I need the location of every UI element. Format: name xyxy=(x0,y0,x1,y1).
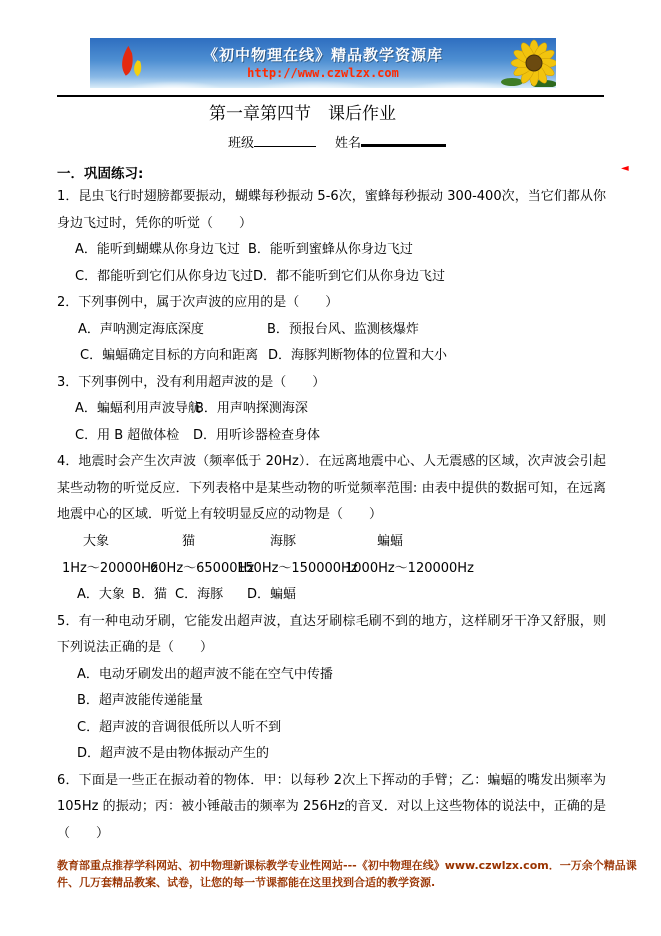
q1-option-c: C．都能听到它们从你身边飞过 xyxy=(75,264,253,291)
q4-option-d: D．蝙蝠 xyxy=(247,582,296,609)
q5-option-a: A．电动牙刷发出的超声波不能在空气中传播 xyxy=(77,662,333,689)
q3-options-row-1: A．蝙蝠利用声波导航 B．用声呐探测海深 xyxy=(57,396,606,423)
q4-range-0: 1Hz～20000Hz xyxy=(62,556,158,583)
class-blank-line xyxy=(254,132,316,147)
q2-option-a: A．声呐测定海底深度 xyxy=(78,317,204,344)
q4-animal-1: 猫 xyxy=(182,529,195,556)
question-4-text: 4．地震时会产生次声波（频率低于 20Hz）．在远离地震中心、人无震感的区域，次… xyxy=(57,449,606,529)
page-title: 第一章第四节 课后作业 xyxy=(0,99,605,124)
question-2-text: 2．下列事例中，属于次声波的应用的是（ ） xyxy=(57,290,606,317)
header-divider xyxy=(57,95,604,97)
q4-range-3: 1000Hz～120000Hz xyxy=(345,556,474,583)
class-label: 班级 xyxy=(228,136,254,151)
q4-option-b: B．猫 xyxy=(132,582,167,609)
q5-option-d: D．超声波不是由物体振动产生的 xyxy=(77,741,269,768)
q1-option-d: D．都不能听到它们从你身边飞过 xyxy=(253,264,445,291)
sunflower-icon xyxy=(498,39,556,88)
question-1-text: 1．昆虫飞行时翅膀都要振动，蝴蝶每秒振动 5-6次，蜜蜂每秒振动 300-400… xyxy=(57,184,606,237)
q2-option-b: B．预报台风、监测核爆炸 xyxy=(267,317,419,344)
q4-animal-0: 大象 xyxy=(83,529,109,556)
q4-table-animals-row: 大象 猫 海豚 蝙蝠 xyxy=(57,529,606,556)
section-title: 一．巩固练习: xyxy=(57,162,143,182)
q3-options-row-2: C．用 B 超做体检 D．用听诊器检查身体 xyxy=(57,423,606,450)
q1-option-b: B．能听到蜜蜂从你身边飞过 xyxy=(248,237,413,264)
q2-option-c: C．蝙蝠确定目标的方向和距离 xyxy=(80,343,258,370)
q1-options-row-1: A．能听到蝴蝶从你身边飞过 B．能听到蜜蜂从你身边飞过 xyxy=(57,237,606,264)
q4-animal-2: 海豚 xyxy=(270,529,296,556)
q4-options-row: A．大象 B．猫 C．海豚 D．蝙蝠 xyxy=(57,582,606,609)
question-3-text: 3．下列事例中，没有利用超声波的是（ ） xyxy=(57,370,606,397)
q3-option-a: A．蝙蝠利用声波导航 xyxy=(75,396,201,423)
q5-option-row-d: D．超声波不是由物体振动产生的 xyxy=(57,741,606,768)
q4-option-a: A．大象 xyxy=(77,582,125,609)
q3-option-c: C．用 B 超做体检 xyxy=(75,423,179,450)
name-label: 姓名 xyxy=(335,136,361,151)
q4-animal-3: 蝙蝠 xyxy=(377,529,403,556)
revision-marker-icon: ◄ xyxy=(621,164,629,174)
question-6-text: 6．下面是一些正在振动着的物体．甲：以每秒 2次上下挥动的手臂；乙：蝙蝠的嘴发出… xyxy=(57,768,606,821)
q5-option-c: C．超声波的音调很低所以人听不到 xyxy=(77,715,281,742)
q5-option-row-c: C．超声波的音调很低所以人听不到 xyxy=(57,715,606,742)
name-blank-line xyxy=(361,131,446,147)
q1-options-row-2: C．都能听到它们从你身边飞过 D．都不能听到它们从你身边飞过 xyxy=(57,264,606,291)
q5-option-row-b: B．超声波能传递能量 xyxy=(57,688,606,715)
q2-options-row-2: C．蝙蝠确定目标的方向和距离 D．海豚判断物体的位置和大小 xyxy=(57,343,606,370)
banner-url: http://www.czwlzx.com xyxy=(90,66,556,80)
q5-option-b: B．超声波能传递能量 xyxy=(77,688,203,715)
site-banner: 《初中物理在线》精品教学资源库 http://www.czwlzx.com xyxy=(90,38,556,88)
q2-options-row-1: A．声呐测定海底深度 B．预报台风、监测核爆炸 xyxy=(57,317,606,344)
class-name-row: 班级姓名 xyxy=(228,131,446,151)
q4-option-c: C．海豚 xyxy=(175,582,223,609)
site-logo-icon xyxy=(114,43,150,87)
q3-option-b: B．用声呐探测海深 xyxy=(195,396,308,423)
question-5-text: 5．有一种电动牙刷，它能发出超声波，直达牙刷棕毛刷不到的地方，这样刷牙干净又舒服… xyxy=(57,609,606,662)
q2-option-d: D．海豚判断物体的位置和大小 xyxy=(268,343,447,370)
question-list: 1．昆虫飞行时翅膀都要振动，蝴蝶每秒振动 5-6次，蜜蜂每秒振动 300-400… xyxy=(57,184,606,821)
q1-option-a: A．能听到蝴蝶从你身边飞过 xyxy=(75,237,240,264)
q5-option-row-a: A．电动牙刷发出的超声波不能在空气中传播 xyxy=(57,662,606,689)
footer-text: 教育部重点推荐学科网站、初中物理新课标教学专业性网站---《初中物理在线》www… xyxy=(57,857,642,891)
q4-table-ranges-row: 1Hz～20000Hz 60Hz～65000Hz 150Hz～150000Hz … xyxy=(57,556,606,583)
q4-range-2: 150Hz～150000Hz xyxy=(237,556,358,583)
q3-option-d: D．用听诊器检查身体 xyxy=(193,423,320,450)
banner-title: 《初中物理在线》精品教学资源库 xyxy=(90,44,556,65)
